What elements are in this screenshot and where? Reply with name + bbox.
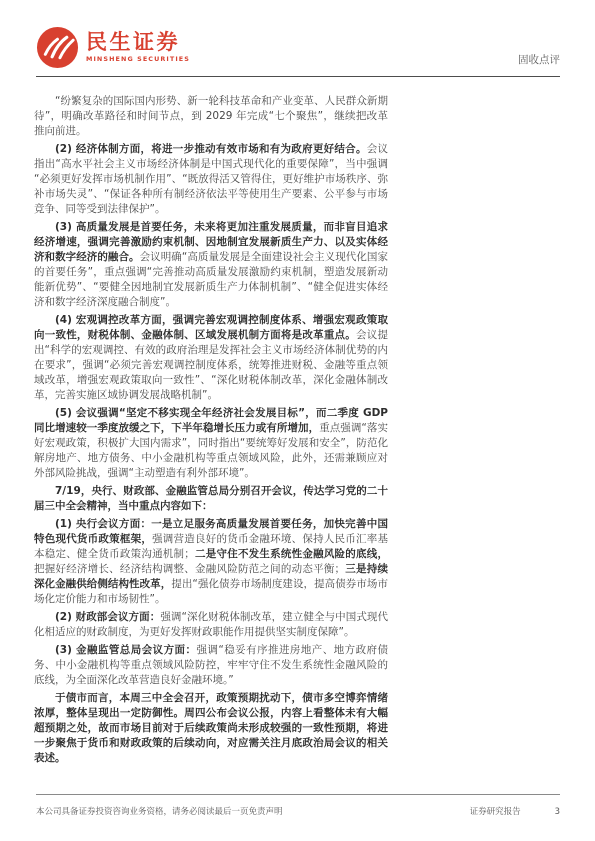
report-body: “纷繁复杂的国际国内形势、新一轮科技革命和产业变革、人民群众新期待”，明确改革路… — [34, 94, 388, 769]
body-paragraph: 7/19，央行、财政部、金融监管总局分别召开会议，传达学习党的二十届三中全会精神… — [34, 484, 388, 514]
paragraph-segment-bold: (2) 经济体制方面，将进一步推动有效市场和有为政府更好结合。 — [55, 143, 367, 155]
paragraph-segment-bold: (3) 金融监管总局会议方面： — [55, 644, 196, 656]
company-logo: 民生证券 MINSHENG SECURITIES — [36, 26, 190, 69]
report-type-label: 固收点评 — [518, 52, 560, 69]
paragraph-segment-bold: 于债市而言，本周三中全会召开，政策预期扰动下，债市多空博弈情绪浓厚，整体呈现出一… — [34, 692, 388, 764]
paragraph-segment-bold: (2) 财政部会议方面： — [55, 611, 160, 623]
page-footer: 本公司具备证券投资咨询业务资格，请务必阅读最后一页免责声明 证券研究报告 3 — [36, 794, 560, 817]
body-paragraph: (1) 央行会议方面：一是立足服务高质量发展首要任务，加快完善中国特色现代货币政… — [34, 517, 388, 607]
logo-text: 民生证券 MINSHENG SECURITIES — [86, 32, 190, 62]
footer-disclaimer: 本公司具备证券投资咨询业务资格，请务必阅读最后一页免责声明 — [36, 805, 283, 817]
body-paragraph: “纷繁复杂的国际国内形势、新一轮科技革命和产业变革、人民群众新期待”，明确改革路… — [34, 94, 388, 139]
paragraph-segment-bold: 7/19，央行、财政部、金融监管总局分别召开会议，传达学习党的二十届三中全会精神… — [34, 485, 388, 512]
body-paragraph: (5) 会议强调“坚定不移实现全年经济社会发展目标”，而二季度 GDP 同比增速… — [34, 406, 388, 481]
paragraph-segment-bold: (4) 宏观调控改革方面，强调完善宏观调控制度体系、增强宏观政策取向一致性，财税… — [34, 314, 388, 341]
footer-right: 证券研究报告 3 — [470, 805, 560, 817]
minsheng-logo-icon — [36, 26, 79, 69]
body-paragraph: (2) 经济体制方面，将进一步推动有效市场和有为政府更好结合。会议指出“高水平社… — [34, 142, 388, 217]
paragraph-segment: “纷繁复杂的国际国内形势、新一轮科技革命和产业变革、人民群众新期待”，明确改革路… — [34, 95, 388, 137]
body-paragraph: (4) 宏观调控改革方面，强调完善宏观调控制度体系、增强宏观政策取向一致性，财税… — [34, 313, 388, 403]
page-number: 3 — [555, 807, 560, 817]
body-paragraphs: “纷繁复杂的国际国内形势、新一轮科技革命和产业变革、人民群众新期待”，明确改革路… — [34, 94, 388, 766]
body-paragraph: (3) 金融监管总局会议方面：强调“稳妥有序推进房地产、地方政府债务、中小金融机… — [34, 643, 388, 688]
page-header: 民生证券 MINSHENG SECURITIES 固收点评 — [36, 26, 560, 77]
body-paragraph: (3) 高质量发展是首要任务，未来将更加注重发展质量，而非盲目追求经济增速，强调… — [34, 220, 388, 310]
paragraph-segment: 把握好经济增长、经济结构调整、金融风险防范之间的动态平衡； — [34, 563, 345, 575]
paragraph-segment-bold: 二是守住不发生系统性金融风险的底线， — [195, 548, 388, 560]
logo-chinese-name: 民生证券 — [86, 32, 190, 53]
logo-english-name: MINSHENG SECURITIES — [86, 56, 190, 62]
report-page: 民生证券 MINSHENG SECURITIES 固收点评 “纷繁复杂的国际国内… — [0, 0, 595, 841]
body-paragraph: 于债市而言，本周三中全会召开，政策预期扰动下，债市多空博弈情绪浓厚，整体呈现出一… — [34, 691, 388, 766]
footer-report-label: 证券研究报告 — [470, 805, 521, 817]
body-paragraph: (2) 财政部会议方面：强调“深化财税体制改革，建立健全与中国式现代化相适应的财… — [34, 610, 388, 640]
